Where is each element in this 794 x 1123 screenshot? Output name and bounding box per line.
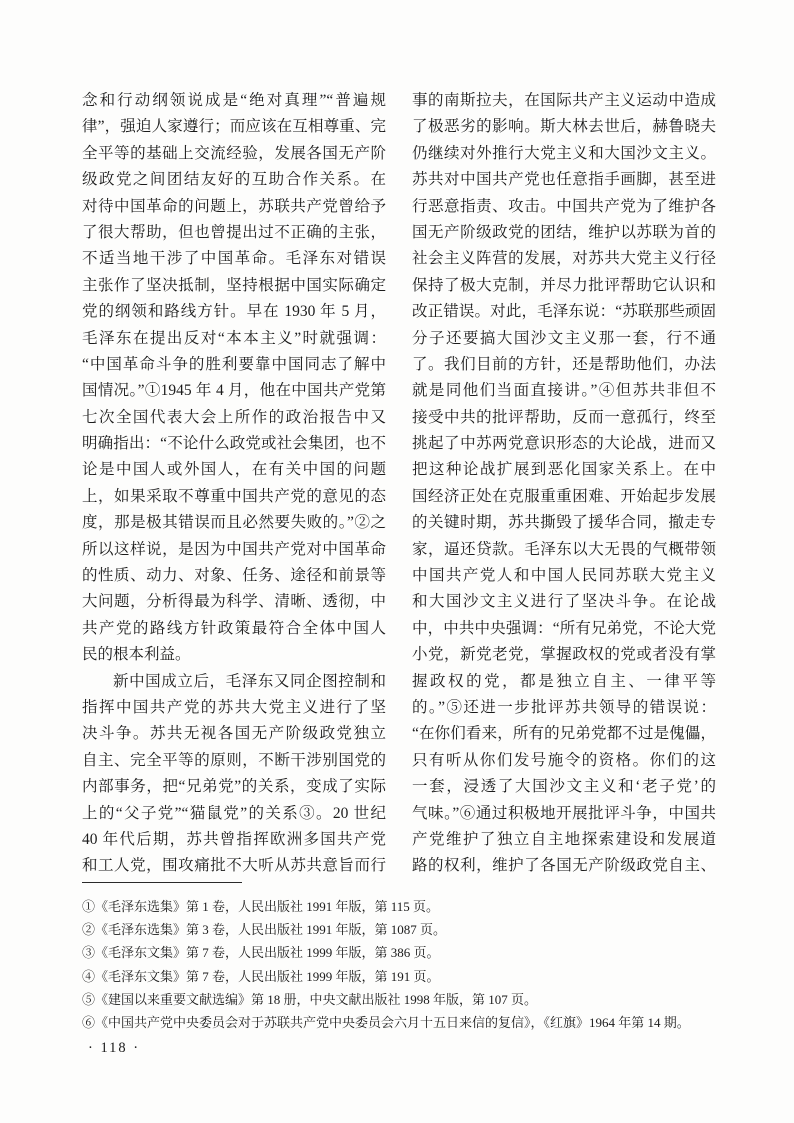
text-line: “中国革命斗争的胜利要靠中国同志了解中	[82, 352, 386, 378]
text-line: 民的根本利益。	[82, 642, 386, 668]
footnote: ⑤《建国以来重要文献选编》第 18 册，中央文献出版社 1998 年版，第 10…	[82, 988, 730, 1011]
text-line: 主张作了坚决抵制，坚持根据中国实际确定	[82, 273, 386, 299]
text-line: 挑起了中苏两党意识形态的大论战，进而又	[412, 431, 716, 457]
text-line: 律”，强迫人家遵行；而应该在互相尊重、完	[82, 114, 386, 140]
left-column: 念和行动纲领说成是“绝对真理”“普遍规律”，强迫人家遵行；而应该在互相尊重、完全…	[82, 88, 386, 880]
footnote: ①《毛泽东选集》第 1 卷，人民出版社 1991 年版，第 115 页。	[82, 895, 730, 918]
text-line: 明确指出：“不论什么政党或社会集团，也不	[82, 431, 386, 457]
footnote-area: ①《毛泽东选集》第 1 卷，人民出版社 1991 年版，第 115 页。②《毛泽…	[82, 882, 730, 1034]
footnote: ④《毛泽东文集》第 7 卷，人民出版社 1999 年版，第 191 页。	[82, 965, 730, 988]
text-line: 内部事务，把“兄弟党”的关系，变成了实际	[82, 774, 386, 800]
text-line: 国情况。”①1945 年 4 月，他在中国共产党第	[82, 378, 386, 404]
text-line: 决斗争。苏共无视各国无产阶级政党独立	[82, 721, 386, 747]
text-line: 产党维护了独立自主地探索建设和发展道	[412, 827, 716, 853]
text-line: 和工人党，围攻痛批不大听从苏共意旨而行	[82, 853, 386, 879]
text-line: 的。”⑤还进一步批评苏共领导的错误说：	[412, 695, 716, 721]
text-line: 把这种论战扩展到恶化国家关系上。在中	[412, 457, 716, 483]
text-line: 七次全国代表大会上所作的政治报告中又	[82, 405, 386, 431]
text-line: 接受中共的批评帮助，反而一意孤行，终至	[412, 405, 716, 431]
text-line: 一套，浸透了大国沙文主义和‘老子党’的	[412, 774, 716, 800]
text-line: 国经济正处在克服重重困难、开始起步发展	[412, 484, 716, 510]
text-line: 家，逼还贷款。毛泽东以大无畏的气概带领	[412, 537, 716, 563]
text-columns: 念和行动纲领说成是“绝对真理”“普遍规律”，强迫人家遵行；而应该在互相尊重、完全…	[82, 88, 716, 880]
text-line: 苏共对中国共产党也任意指手画脚，甚至进	[412, 167, 716, 193]
text-line: 握政权的党，都是独立自主、一律平等	[412, 669, 716, 695]
text-line: 新中国成立后，毛泽东又同企图控制和	[82, 669, 386, 695]
text-line: 仍继续对外推行大党主义和大国沙文主义。	[412, 141, 716, 167]
text-line: 对待中国革命的问题上，苏联共产党曾给予	[82, 194, 386, 220]
text-line: 分子还要搞大国沙文主义那一套，行不通	[412, 326, 716, 352]
text-line: “在你们看来，所有的兄弟党都不过是傀儡，	[412, 721, 716, 747]
text-line: 保持了极大克制，并尽力批评帮助它认识和	[412, 273, 716, 299]
text-line: 气味。”⑥通过积极地开展批评斗争，中国共	[412, 801, 716, 827]
text-line: 小党，新党老党，掌握政权的党或者没有掌	[412, 642, 716, 668]
text-line: 就是同他们当面直接讲。”④但苏共非但不	[412, 378, 716, 404]
footnote-divider	[82, 882, 242, 883]
footnote: ③《毛泽东文集》第 7 卷，人民出版社 1999 年版，第 386 页。	[82, 941, 730, 964]
text-line: 中国共产党人和中国人民同苏联大党主义	[412, 563, 716, 589]
page-number: · 118 ·	[88, 1040, 140, 1057]
text-line: 国无产阶级政党的团结，维护以苏联为首的	[412, 220, 716, 246]
text-line: 只有听从你们发号施令的资格。你们的这	[412, 748, 716, 774]
text-line: 共产党的路线方针政策最符合全体中国人	[82, 616, 386, 642]
text-line: 大问题，分析得最为科学、清晰、透彻，中国	[82, 589, 386, 615]
text-line: 级政党之间团结友好的互助合作关系。在	[82, 167, 386, 193]
footnote: ⑥《中国共产党中央委员会对于苏联共产党中央委员会六月十五日来信的复信》，《红旗》…	[82, 1011, 730, 1034]
text-line: 自主、完全平等的原则，不断干涉别国党的	[82, 748, 386, 774]
text-line: 毛泽东在提出反对“本本主义”时就强调：	[82, 326, 386, 352]
text-line: 事的南斯拉夫，在国际共产主义运动中造成	[412, 88, 716, 114]
text-line: 了。我们目前的方针，还是帮助他们，办法	[412, 352, 716, 378]
text-line: 行恶意指责、攻击。中国共产党为了维护各	[412, 194, 716, 220]
text-line: 党的纲领和路线方针。早在 1930 年 5 月，	[82, 299, 386, 325]
text-line: 上，如果采取不尊重中国共产党的意见的态	[82, 484, 386, 510]
text-line: 所以这样说，是因为中国共产党对中国革命	[82, 537, 386, 563]
document-page: 念和行动纲领说成是“绝对真理”“普遍规律”，强迫人家遵行；而应该在互相尊重、完全…	[0, 0, 794, 1123]
text-line: 度，那是极其错误而且必然要失败的。”②之	[82, 510, 386, 536]
text-line: 论是中国人或外国人，在有关中国的问题	[82, 457, 386, 483]
text-line: 社会主义阵营的发展，对苏共大党主义行径	[412, 246, 716, 272]
text-line: 不适当地干涉了中国革命。毛泽东对错误	[82, 246, 386, 272]
text-line: 的性质、动力、对象、任务、途径和前景等重	[82, 563, 386, 589]
text-line: 念和行动纲领说成是“绝对真理”“普遍规	[82, 88, 386, 114]
text-line: 上的“父子党”“猫鼠党”的关系③。20 世纪	[82, 801, 386, 827]
right-column: 事的南斯拉夫，在国际共产主义运动中造成了极恶劣的影响。斯大林去世后，赫鲁晓夫仍继…	[412, 88, 716, 880]
text-line: 中，中共中央强调：“所有兄弟党，不论大党	[412, 616, 716, 642]
text-line: 了很大帮助，但也曾提出过不正确的主张，	[82, 220, 386, 246]
footnote-list: ①《毛泽东选集》第 1 卷，人民出版社 1991 年版，第 115 页。②《毛泽…	[82, 895, 730, 1034]
text-line: 路的权利，维护了各国无产阶级政党自主、	[412, 853, 716, 879]
footnote: ②《毛泽东选集》第 3 卷，人民出版社 1991 年版，第 1087 页。	[82, 918, 730, 941]
text-line: 指挥中国共产党的苏共大党主义进行了坚	[82, 695, 386, 721]
text-line: 40 年代后期，苏共曾指挥欧洲多国共产党	[82, 827, 386, 853]
text-line: 改正错误。对此，毛泽东说：“苏联那些顽固	[412, 299, 716, 325]
text-line: 的关键时期，苏共撕毁了援华合同，撤走专	[412, 510, 716, 536]
text-line: 和大国沙文主义进行了坚决斗争。在论战	[412, 589, 716, 615]
text-line: 全平等的基础上交流经验，发展各国无产阶	[82, 141, 386, 167]
text-line: 了极恶劣的影响。斯大林去世后，赫鲁晓夫	[412, 114, 716, 140]
